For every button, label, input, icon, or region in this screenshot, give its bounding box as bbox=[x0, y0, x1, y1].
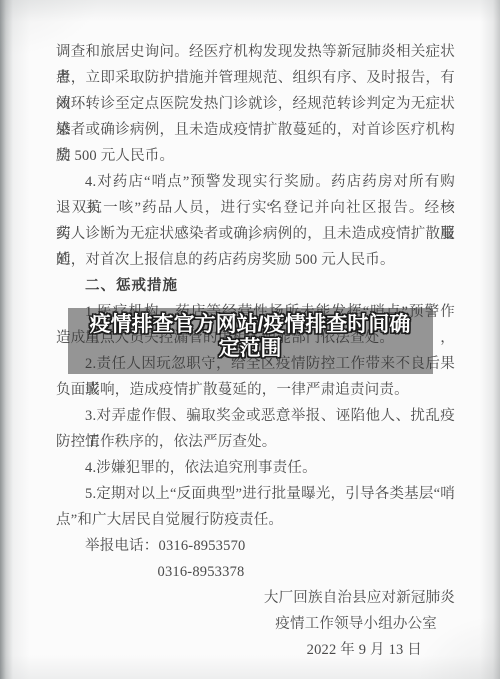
overlay-title-line1: 疫情排查官方网站/疫情排查时间确 bbox=[90, 313, 411, 336]
document-line: 染者或确诊病例，且未造成疫情扩散蔓延的，对首诊医疗机构奖 bbox=[56, 117, 455, 143]
document-line: 闭环转诊至定点医院发热门诊就诊，经规范转诊判定为无症状感 bbox=[56, 91, 455, 117]
document-line: 药人诊断为无症状感染者或确诊病例的，且未造成疫情扩散蔓延 bbox=[56, 221, 455, 247]
overlay-title-line2: 定范围 bbox=[219, 337, 282, 360]
document-line: 举报电话：0316-8953570 bbox=[56, 533, 455, 559]
overlay-title: 疫情排查官方网站/疫情排查时间确 定范围 bbox=[55, 313, 445, 361]
document-line: 4.对药店“哨点”预警发现实行奖励。药店药房对所有购买“一 bbox=[56, 169, 455, 195]
document-line: 0316-8953378 bbox=[56, 559, 455, 585]
document-photo: 调查和旅居史询问。经医疗机构发现发热等新冠肺炎相关症状患者，立即采取防护措施并管… bbox=[0, 0, 500, 679]
document-line: 的，对首次上报信息的药店药房奖励 500 元人民币。 bbox=[56, 247, 455, 273]
document-line: 调查和旅居史询问。经医疗机构发现发热等新冠肺炎相关症状患 bbox=[56, 39, 455, 65]
document-line: 2022 年 9 月 13 日 bbox=[56, 637, 455, 663]
document-line: 二、惩戒措施 bbox=[56, 273, 455, 299]
document-line: 励 500 元人民币。 bbox=[56, 143, 455, 169]
document-line: 疫情工作领导小组办公室 bbox=[56, 611, 455, 637]
document-line: 防控工作秩序的，依法严厉查处。 bbox=[56, 429, 455, 455]
document-line: 负面影响，造成疫情扩散蔓延的，一律严肃追责问责。 bbox=[56, 377, 455, 403]
document-line: 者，立即采取防护措施并管理规范、组织有序、及时报告，有效 bbox=[56, 65, 455, 91]
document-line: 点”和广大居民自觉履行防疫责任。 bbox=[56, 507, 455, 533]
document-line: 大厂回族自治县应对新冠肺炎 bbox=[56, 585, 455, 611]
document-line: 退双抗一咳”药品人员，进行实名登记并向社区报告。经核实，服 bbox=[56, 195, 455, 221]
document-line: 5.定期对以上“反面典型”进行批量曝光，引导各类基层“哨 bbox=[56, 481, 455, 507]
document-line: 4.涉嫌犯罪的，依法追究刑事责任。 bbox=[56, 455, 455, 481]
document-line: 3.对弄虚作假、骗取奖金或恶意举报、诬陷他人、扰乱疫情 bbox=[56, 403, 455, 429]
